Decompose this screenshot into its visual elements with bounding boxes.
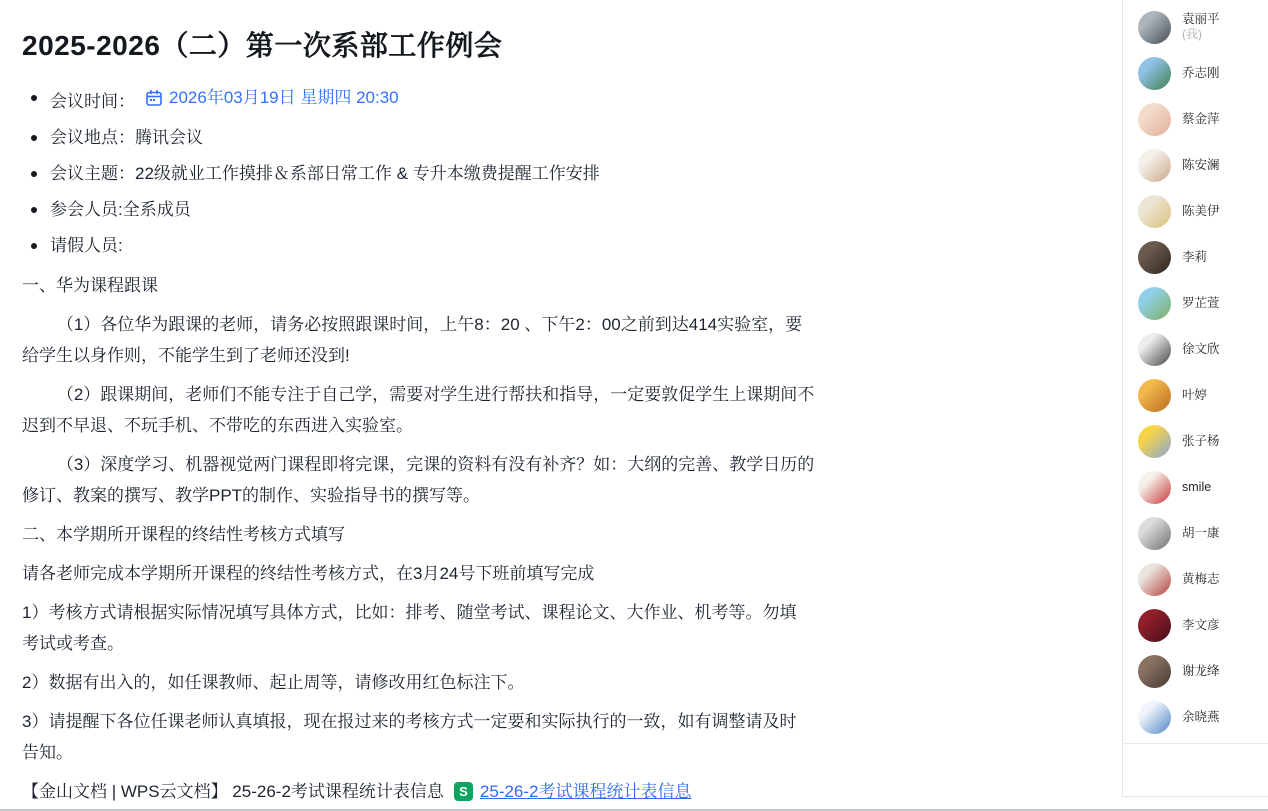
participant-row[interactable]: 谢龙绛 <box>1123 648 1268 694</box>
meeting-place-label: 会议地点： <box>50 128 135 147</box>
attachment-title-text: 【金山文档 | WPS云文档】 25-26-2考试课程统计表信息 <box>22 776 444 807</box>
participant-row[interactable]: 罗芷萱 <box>1123 280 1268 326</box>
participant-row[interactable]: 徐文欣 <box>1123 326 1268 372</box>
participant-name-block: 乔志刚 <box>1182 66 1220 81</box>
participants-sidebar: 袁丽平 (我) 乔志刚 蔡金萍 陈安澜 陈美伊 李莉 <box>1122 0 1268 797</box>
document-page: 2025-2026（二）第一次系部工作例会 会议时间：2026年03月19日 星… <box>0 0 1268 811</box>
participant-name-block: 黄梅志 <box>1182 572 1220 587</box>
participant-name: 乔志刚 <box>1182 66 1220 81</box>
participant-name-block: 陈安澜 <box>1182 158 1220 173</box>
participant-name: 黄梅志 <box>1182 572 1220 587</box>
wps-sheet-icon: S <box>454 782 473 801</box>
participant-me-tag: (我) <box>1182 27 1220 42</box>
participant-name: 谢龙绛 <box>1182 664 1220 679</box>
participant-name-block: 李莉 <box>1182 250 1207 265</box>
meeting-time-label: 会议时间： <box>50 92 135 111</box>
participant-name-block: 蔡金萍 <box>1182 112 1220 127</box>
participant-name-block: 胡一康 <box>1182 526 1220 541</box>
participant-name: 叶婷 <box>1182 388 1207 403</box>
participant-avatar <box>1138 471 1171 504</box>
participant-name-block: 叶婷 <box>1182 388 1207 403</box>
participant-avatar <box>1138 103 1171 136</box>
participant-row[interactable]: 黄梅志 <box>1123 556 1268 602</box>
participant-row[interactable]: 胡一康 <box>1123 510 1268 556</box>
bullet-icon <box>31 135 37 141</box>
participant-name-block: 罗芷萱 <box>1182 296 1220 311</box>
meeting-topic-value: 22级就业工作摸排＆系部日常工作 & 专升本缴费提醒工作安排 <box>135 164 600 183</box>
meeting-topic-label: 会议主题： <box>50 164 135 183</box>
meeting-date-text: 2026年03月19日 星期四 20:30 <box>169 83 399 113</box>
participant-avatar <box>1138 57 1171 90</box>
participant-name: 蔡金萍 <box>1182 112 1220 127</box>
participant-avatar <box>1138 241 1171 274</box>
participant-row[interactable]: 李莉 <box>1123 234 1268 280</box>
participant-name-block: 徐文欣 <box>1182 342 1220 357</box>
meeting-topic-item: 会议主题：22级就业工作摸排＆系部日常工作 & 专升本缴费提醒工作安排 <box>22 156 1100 192</box>
participant-row[interactable]: smile <box>1123 464 1268 510</box>
participant-row[interactable]: 陈美伊 <box>1123 188 1268 234</box>
meeting-date-chip[interactable]: 2026年03月19日 星期四 20:30 <box>145 83 399 113</box>
meeting-attendees-label: 参会人员: <box>50 200 123 219</box>
document-content: 2025-2026（二）第一次系部工作例会 会议时间：2026年03月19日 星… <box>0 0 1100 807</box>
page-title: 2025-2026（二）第一次系部工作例会 <box>22 28 1100 64</box>
attachment-line: 【金山文档 | WPS云文档】 25-26-2考试课程统计表信息 S 25-26… <box>22 776 1100 807</box>
meeting-attendees-value: 全系成员 <box>123 200 191 219</box>
bullet-icon <box>31 207 37 213</box>
paragraph-huawei-3: （3）深度学习、机器视觉两门课程即将完课，完课的资料有没有补齐？如：大纲的完善、… <box>22 449 922 511</box>
participant-avatar <box>1138 333 1171 366</box>
participant-avatar <box>1138 517 1171 550</box>
participant-row[interactable]: 叶婷 <box>1123 372 1268 418</box>
participant-avatar <box>1138 149 1171 182</box>
participant-avatar <box>1138 701 1171 734</box>
paragraph-assessment-1: 1）考核方式请根据实际情况填写具体方式，比如：排考、随堂考试、课程论文、大作业、… <box>22 597 922 659</box>
participant-row[interactable]: 李文彦 <box>1123 602 1268 648</box>
bullet-icon <box>31 243 37 249</box>
participant-name-block: 张子杨 <box>1182 434 1220 449</box>
participant-row[interactable]: 乔志刚 <box>1123 50 1268 96</box>
participant-name: 陈安澜 <box>1182 158 1220 173</box>
participant-name: 李莉 <box>1182 250 1207 265</box>
meeting-info-list: 会议时间：2026年03月19日 星期四 20:30 会议地点：腾讯会议 会议主… <box>22 80 1100 264</box>
paragraph-assessment-2: 2）数据有出入的，如任课教师、起止周等，请修改用红色标注下。 <box>22 667 922 698</box>
participant-row[interactable]: 蔡金萍 <box>1123 96 1268 142</box>
section-heading-2: 二、本学期所开课程的终结性考核方式填写 <box>22 519 922 550</box>
participant-name: 陈美伊 <box>1182 204 1220 219</box>
participant-row[interactable]: 袁丽平 (我) <box>1123 4 1268 50</box>
participant-name-block: 陈美伊 <box>1182 204 1220 219</box>
bullet-icon <box>31 95 37 101</box>
participant-name: 袁丽平 <box>1182 12 1220 27</box>
participant-name: 徐文欣 <box>1182 342 1220 357</box>
attachment-link[interactable]: 25-26-2考试课程统计表信息 <box>480 776 692 807</box>
paragraph-assessment-intro: 请各老师完成本学期所开课程的终结性考核方式，在3月24号下班前填写完成 <box>22 558 922 589</box>
participant-avatar <box>1138 425 1171 458</box>
participant-name-block: smile <box>1182 480 1211 495</box>
meeting-place-item: 会议地点：腾讯会议 <box>22 120 1100 156</box>
paragraph-assessment-3: 3）请提醒下各位任课老师认真填报，现在报过来的考核方式一定要和实际执行的一致，如… <box>22 706 922 768</box>
sidebar-footer <box>1123 743 1268 798</box>
meeting-leave-item: 请假人员: <box>22 228 1100 264</box>
participant-avatar <box>1138 563 1171 596</box>
participant-name-block: 余晓燕 <box>1182 710 1220 725</box>
participant-row[interactable]: 张子杨 <box>1123 418 1268 464</box>
participant-name: 余晓燕 <box>1182 710 1220 725</box>
calendar-icon <box>145 89 163 107</box>
participant-avatar <box>1138 11 1171 44</box>
participant-name: 张子杨 <box>1182 434 1220 449</box>
meeting-place-value: 腾讯会议 <box>135 128 203 147</box>
participant-row[interactable]: 陈安澜 <box>1123 142 1268 188</box>
participant-name-block: 谢龙绛 <box>1182 664 1220 679</box>
participant-avatar <box>1138 609 1171 642</box>
participant-name: 李文彦 <box>1182 618 1220 633</box>
participant-list: 袁丽平 (我) 乔志刚 蔡金萍 陈安澜 陈美伊 李莉 <box>1123 0 1268 740</box>
participant-name: 胡一康 <box>1182 526 1220 541</box>
participant-row[interactable]: 余晓燕 <box>1123 694 1268 740</box>
participant-name: smile <box>1182 480 1211 495</box>
participant-avatar <box>1138 287 1171 320</box>
paragraph-huawei-1: （1）各位华为跟课的老师，请务必按照跟课时间，上午8：20 、下午2：00之前到… <box>22 309 922 371</box>
participant-name-block: 袁丽平 (我) <box>1182 12 1220 42</box>
bullet-icon <box>31 171 37 177</box>
participant-name-block: 李文彦 <box>1182 618 1220 633</box>
participant-avatar <box>1138 379 1171 412</box>
meeting-time-item: 会议时间：2026年03月19日 星期四 20:30 <box>22 80 1100 120</box>
participant-avatar <box>1138 195 1171 228</box>
section-heading-1: 一、华为课程跟课 <box>22 270 922 301</box>
meeting-attendees-item: 参会人员:全系成员 <box>22 192 1100 228</box>
paragraph-huawei-2: （2）跟课期间，老师们不能专注于自己学，需要对学生进行帮扶和指导，一定要敦促学生… <box>22 379 922 441</box>
meeting-leave-label: 请假人员: <box>50 236 123 255</box>
participant-avatar <box>1138 655 1171 688</box>
participant-name: 罗芷萱 <box>1182 296 1220 311</box>
